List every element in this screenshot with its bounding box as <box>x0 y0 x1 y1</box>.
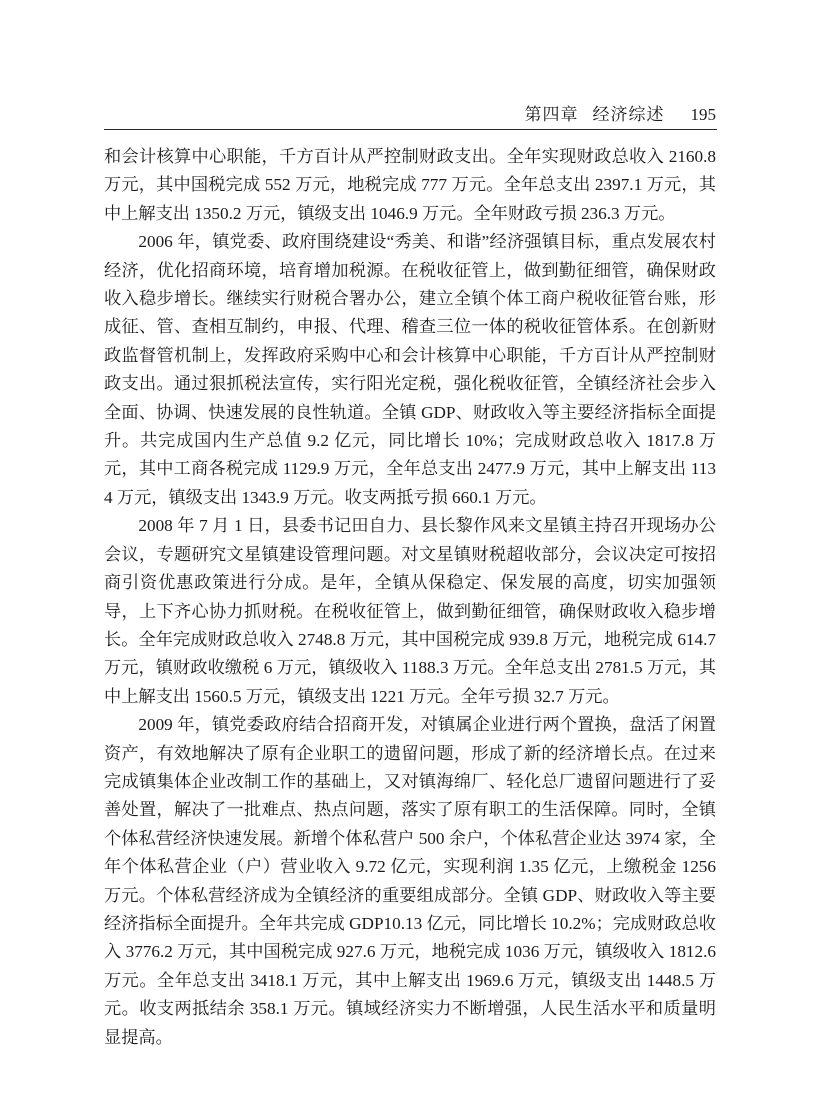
paragraph-2009: 2009 年，镇党委政府结合招商开发，对镇属企业进行两个置换，盘活了闲置资产，有… <box>104 711 716 1052</box>
paragraph-2008: 2008 年 7 月 1 日，县委书记田自力、县长黎作风来文星镇主持召开现场办公… <box>104 512 716 711</box>
paragraph-2006: 2006 年，镇党委、政府围绕建设“秀美、和谐”经济强镇目标，重点发展农村经济，… <box>104 228 716 512</box>
header-rule <box>104 129 717 130</box>
book-page: 第四章经济综述195 和会计核算中心职能，千方百计从严控制财政支出。全年实现财政… <box>0 0 816 1099</box>
running-header: 第四章经济综述195 <box>104 104 716 126</box>
paragraph-continuation: 和会计核算中心职能，千方百计从严控制财政支出。全年实现财政总收入 2160.8 … <box>104 143 716 228</box>
body-text: 和会计核算中心职能，千方百计从严控制财政支出。全年实现财政总收入 2160.8 … <box>104 143 716 1052</box>
section-title: 经济综述 <box>593 105 665 124</box>
page-number: 195 <box>691 105 717 124</box>
chapter-title: 第四章 <box>525 105 579 124</box>
